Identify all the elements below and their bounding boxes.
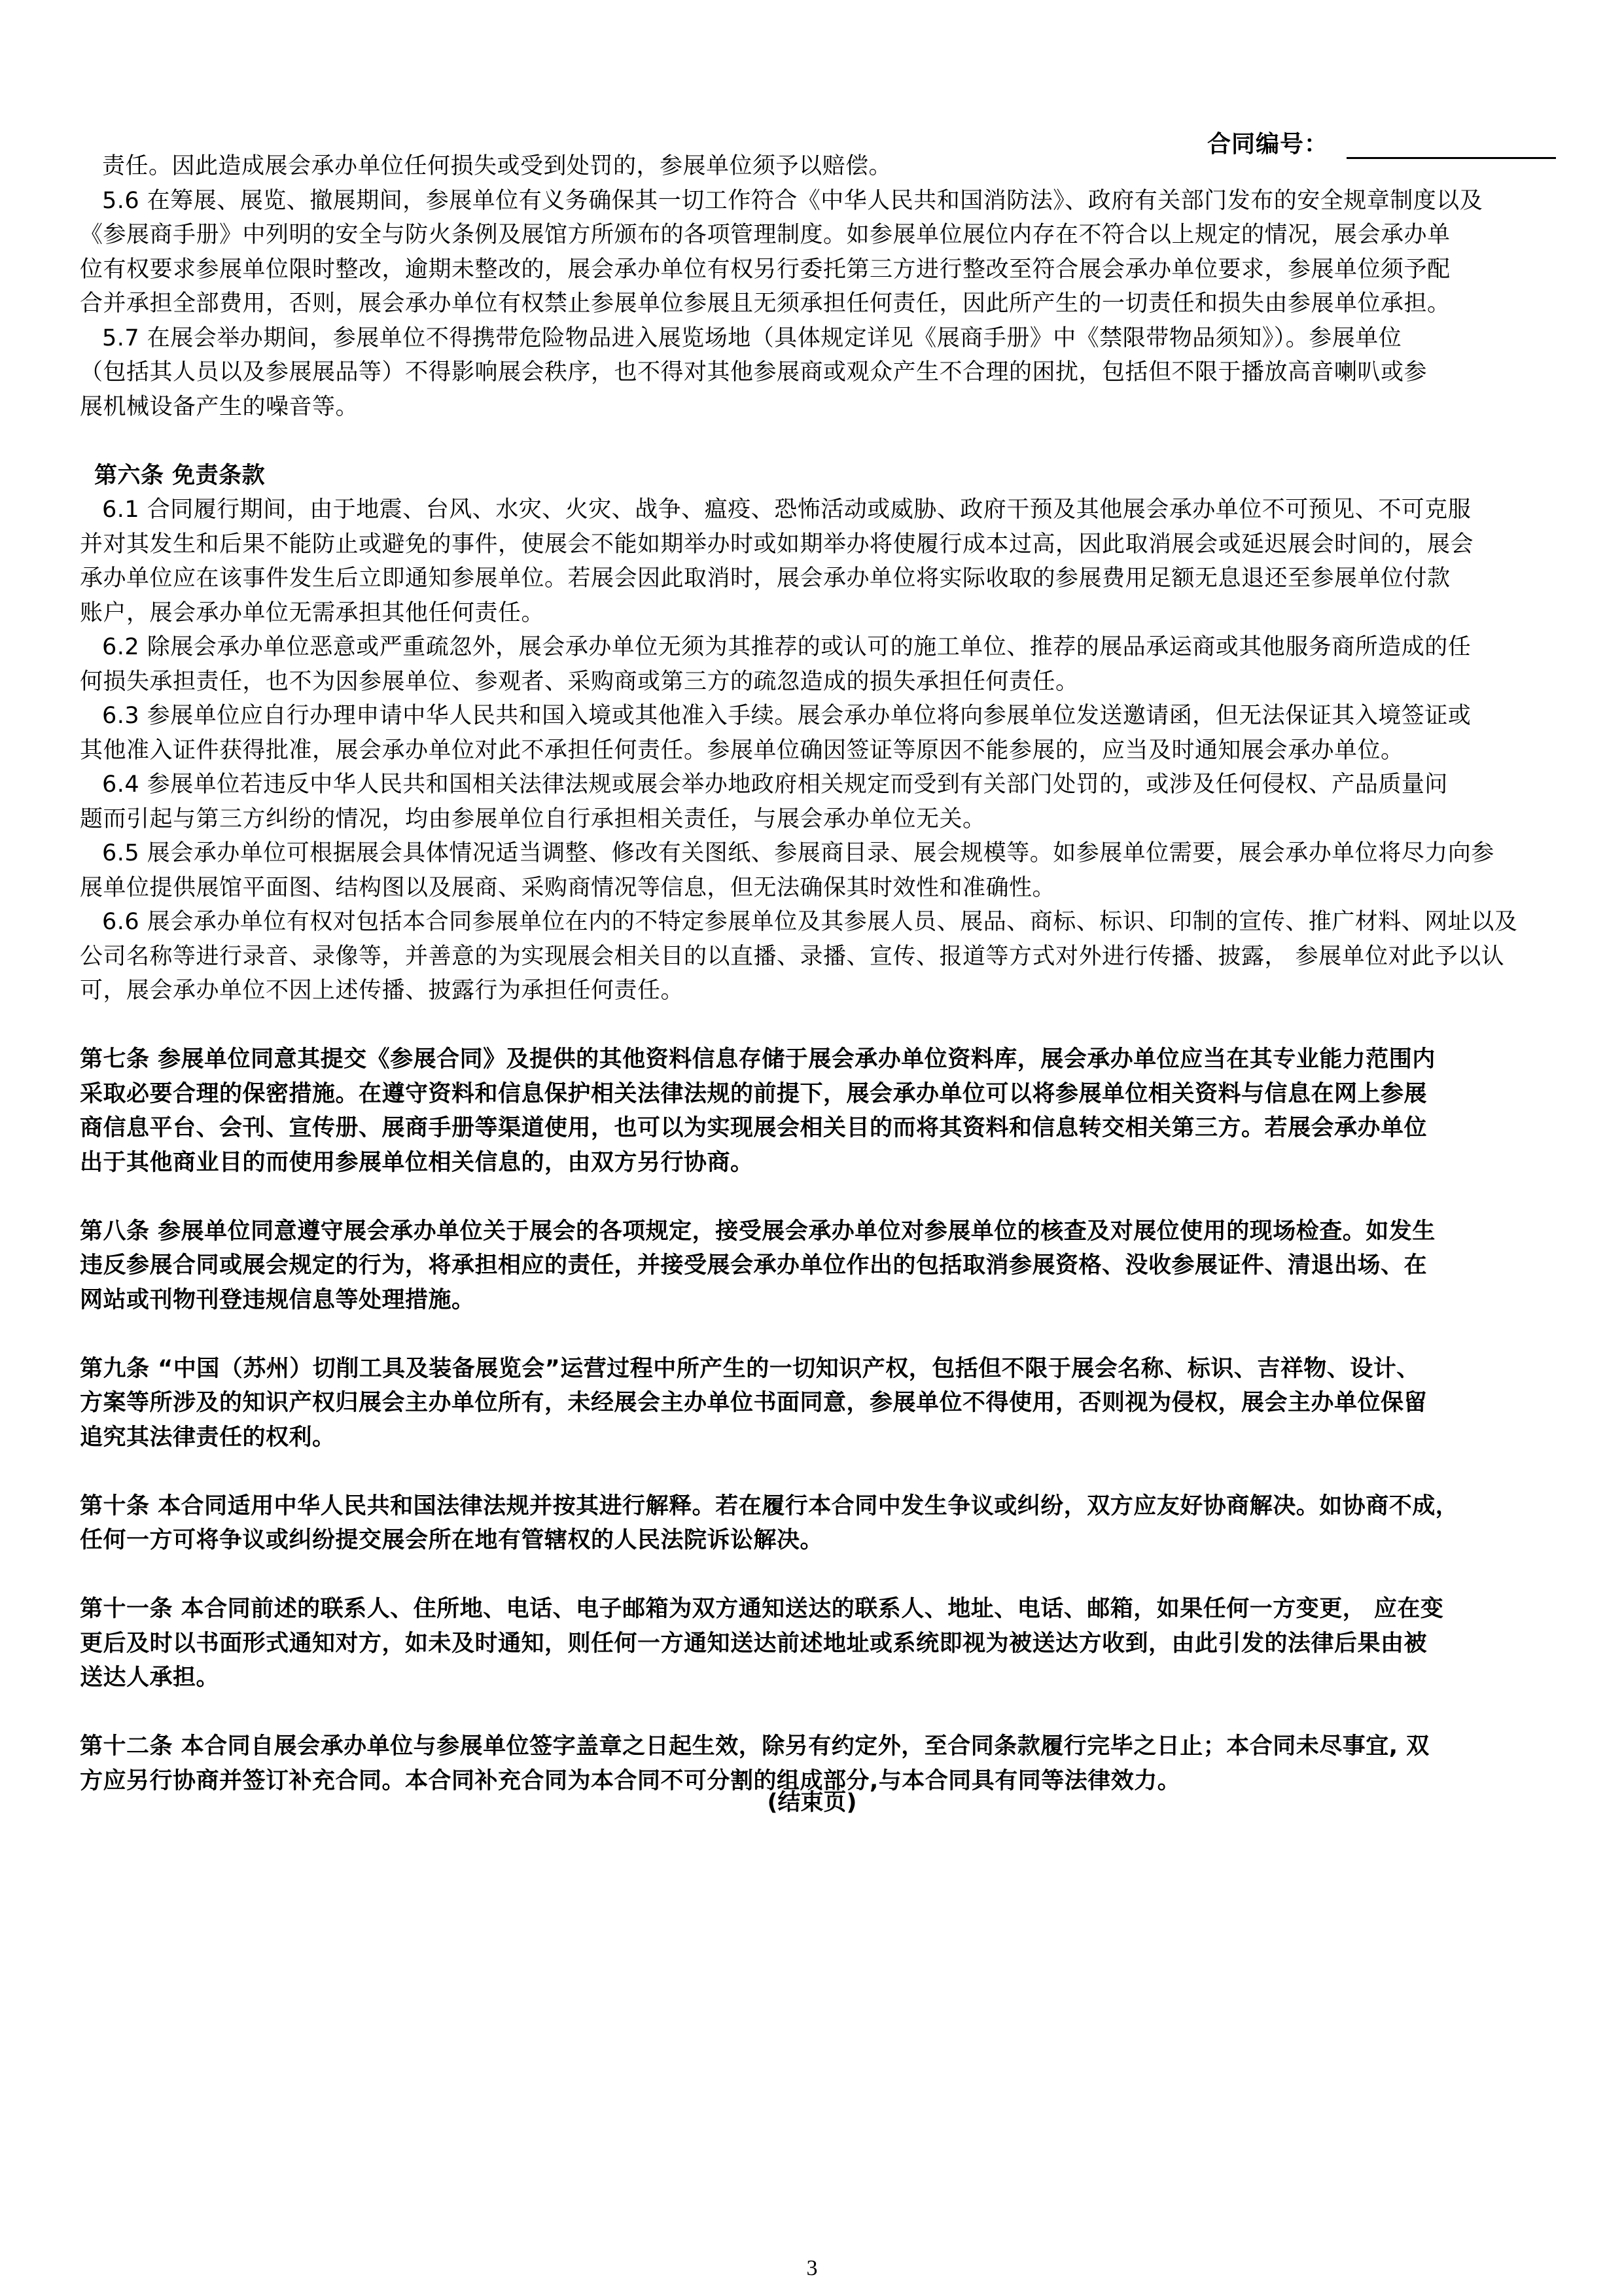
article-line: 第十条 本合同适用中华人民共和国法律法规并按其进行解释。若在履行本合同中发生争议… (80, 1489, 1545, 1524)
article-line: 任何一方可将争议或纠纷提交展会所在地有管辖权的人民法院诉讼解决。 (80, 1523, 1545, 1558)
clause-line: 公司名称等进行录音、录像等，并善意的为实现展会相关目的以直播、录播、宣传、报道等… (80, 940, 1545, 974)
clause-6-1: 6.1 合同履行期间，由于地震、台风、水灾、火灾、战争、瘟疫、恐怖活动或威胁、政… (80, 493, 1545, 630)
clause-6-2: 6.2 除展会承办单位恶意或严重疏忽外，展会承办单位无须为其推荐的或认可的施工单… (80, 630, 1545, 699)
article-line: 送达人承担。 (80, 1661, 1545, 1695)
clause-line: 6.1 合同履行期间，由于地震、台风、水灾、火灾、战争、瘟疫、恐怖活动或威胁、政… (80, 493, 1545, 527)
clause-5-7: 5.7 在展会举办期间，参展单位不得携带危险物品进入展览场地（具体规定详见《展商… (80, 321, 1545, 425)
clause-line: 6.4 参展单位若违反中华人民共和国相关法律法规或展会举办地政府相关规定而受到有… (80, 768, 1545, 802)
clause-line: （包括其人员以及参展展品等）不得影响展会秩序，也不得对其他参展商或观众产生不合理… (80, 355, 1545, 390)
clause-line: 其他准入证件获得批准，展会承办单位对此不承担任何责任。参展单位确因签证等原因不能… (80, 733, 1545, 768)
article-line: 第十二条 本合同自展会承办单位与参展单位签字盖章之日起生效，除另有约定外，至合同… (80, 1729, 1545, 1764)
spacer (80, 1317, 1545, 1352)
article-line: 追究其法律责任的权利。 (80, 1421, 1545, 1455)
clause-line: 《参展商手册》中列明的安全与防火条例及展馆方所颁布的各项管理制度。如参展单位展位… (80, 218, 1545, 253)
clause-6-3: 6.3 参展单位应自行办理申请中华人民共和国入境或其他准入手续。展会承办单位将向… (80, 699, 1545, 768)
article-10: 第十条 本合同适用中华人民共和国法律法规并按其进行解释。若在履行本合同中发生争议… (80, 1489, 1545, 1558)
spacer (80, 1180, 1545, 1214)
clause-line: 6.3 参展单位应自行办理申请中华人民共和国入境或其他准入手续。展会承办单位将向… (80, 699, 1545, 733)
clause-line: 位有权要求参展单位限时整改，逾期未整改的，展会承办单位有权另行委托第三方进行整改… (80, 253, 1545, 287)
page-number: 3 (0, 2256, 1624, 2281)
spacer (80, 1008, 1545, 1043)
spacer (80, 1558, 1545, 1593)
article-7: 第七条 参展单位同意其提交《参展合同》及提供的其他资料信息存储于展会承办单位资料… (80, 1042, 1545, 1180)
article-line: 采取必要合理的保密措施。在遵守资料和信息保护相关法律法规的前提下，展会承办单位可… (80, 1077, 1545, 1112)
article-line: 第九条 “中国（苏州）切削工具及装备展览会”运营过程中所产生的一切知识产权，包括… (80, 1352, 1545, 1386)
spacer (80, 424, 1545, 459)
article-11: 第十一条 本合同前述的联系人、住所地、电话、电子邮箱为双方通知送达的联系人、地址… (80, 1592, 1545, 1695)
clause-5-6: 5.6 在筹展、展览、撤展期间，参展单位有义务确保其一切工作符合《中华人民共和国… (80, 184, 1545, 321)
article-6-heading: 第六条 免责条款 (80, 459, 1545, 493)
spacer (80, 1455, 1545, 1489)
article-line: 方案等所涉及的知识产权归展会主办单位所有，未经展会主办单位书面同意，参展单位不得… (80, 1386, 1545, 1421)
clause-line: 展机械设备产生的噪音等。 (80, 390, 1545, 425)
clause-line: 6.6 展会承办单位有权对包括本合同参展单位在内的不特定参展单位及其参展人员、展… (80, 905, 1545, 940)
clause-line: 可，展会承办单位不因上述传播、披露行为承担任何责任。 (80, 974, 1545, 1008)
article-line: 网站或刊物刊登违规信息等处理措施。 (80, 1283, 1545, 1318)
clause-line: 承办单位应在该事件发生后立即通知参展单位。若展会因此取消时，展会承办单位将实际收… (80, 561, 1545, 596)
article-line: 第十一条 本合同前述的联系人、住所地、电话、电子邮箱为双方通知送达的联系人、地址… (80, 1592, 1545, 1627)
clause-line: 6.5 展会承办单位可根据展会具体情况适当调整、修改有关图纸、参展商目录、展会规… (80, 836, 1545, 871)
article-line: 第八条 参展单位同意遵守展会承办单位关于展会的各项规定，接受展会承办单位对参展单… (80, 1214, 1545, 1249)
clause-line: 合并承担全部费用，否则，展会承办单位有权禁止参展单位参展且无须承担任何责任，因此… (80, 287, 1545, 321)
clause-line: 6.2 除展会承办单位恶意或严重疏忽外，展会承办单位无须为其推荐的或认可的施工单… (80, 630, 1545, 665)
end-page-mark: (结束页) (0, 1784, 1624, 1817)
clause-6-6: 6.6 展会承办单位有权对包括本合同参展单位在内的不特定参展单位及其参展人员、展… (80, 905, 1545, 1008)
article-9: 第九条 “中国（苏州）切削工具及装备展览会”运营过程中所产生的一切知识产权，包括… (80, 1352, 1545, 1455)
article-6: 第六条 免责条款 6.1 合同履行期间，由于地震、台风、水灾、火灾、战争、瘟疫、… (80, 459, 1545, 1008)
article-line: 第七条 参展单位同意其提交《参展合同》及提供的其他资料信息存储于展会承办单位资料… (80, 1042, 1545, 1077)
clause-line: 何损失承担责任，也不为因参展单位、参观者、采购商或第三方的疏忽造成的损失承担任何… (80, 665, 1545, 699)
clause-6-4: 6.4 参展单位若违反中华人民共和国相关法律法规或展会举办地政府相关规定而受到有… (80, 768, 1545, 836)
contract-body: 责任。因此造成展会承办单位任何损失或受到处罚的，参展单位须予以赔偿。 5.6 在… (80, 149, 1545, 1798)
clause-line: 5.6 在筹展、展览、撤展期间，参展单位有义务确保其一切工作符合《中华人民共和国… (80, 184, 1545, 219)
article5-tail-line: 责任。因此造成展会承办单位任何损失或受到处罚的，参展单位须予以赔偿。 (80, 149, 1545, 184)
clause-line: 账户，展会承办单位无需承担其他任何责任。 (80, 596, 1545, 631)
spacer (80, 1695, 1545, 1730)
article-line: 出于其他商业目的而使用参展单位相关信息的，由双方另行协商。 (80, 1146, 1545, 1180)
article-line: 违反参展合同或展会规定的行为，将承担相应的责任，并接受展会承办单位作出的包括取消… (80, 1248, 1545, 1283)
clause-line: 展单位提供展馆平面图、结构图以及展商、采购商情况等信息，但无法确保其时效性和准确… (80, 871, 1545, 906)
clause-line: 5.7 在展会举办期间，参展单位不得携带危险物品进入展览场地（具体规定详见《展商… (80, 321, 1545, 356)
clause-6-5: 6.5 展会承办单位可根据展会具体情况适当调整、修改有关图纸、参展商目录、展会规… (80, 836, 1545, 905)
document-page: 合同编号： 责任。因此造成展会承办单位任何损失或受到处罚的，参展单位须予以赔偿。… (0, 0, 1624, 2296)
clause-line: 并对其发生和后果不能防止或避免的事件，使展会不能如期举办时或如期举办将使履行成本… (80, 527, 1545, 562)
article-8: 第八条 参展单位同意遵守展会承办单位关于展会的各项规定，接受展会承办单位对参展单… (80, 1214, 1545, 1318)
clause-line: 题而引起与第三方纠纷的情况，均由参展单位自行承担相关责任，与展会承办单位无关。 (80, 802, 1545, 837)
article-line: 更后及时以书面形式通知对方，如未及时通知，则任何一方通知送达前述地址或系统即视为… (80, 1627, 1545, 1661)
article-line: 商信息平台、会刊、宣传册、展商手册等渠道使用，也可以为实现展会相关目的而将其资料… (80, 1111, 1545, 1146)
